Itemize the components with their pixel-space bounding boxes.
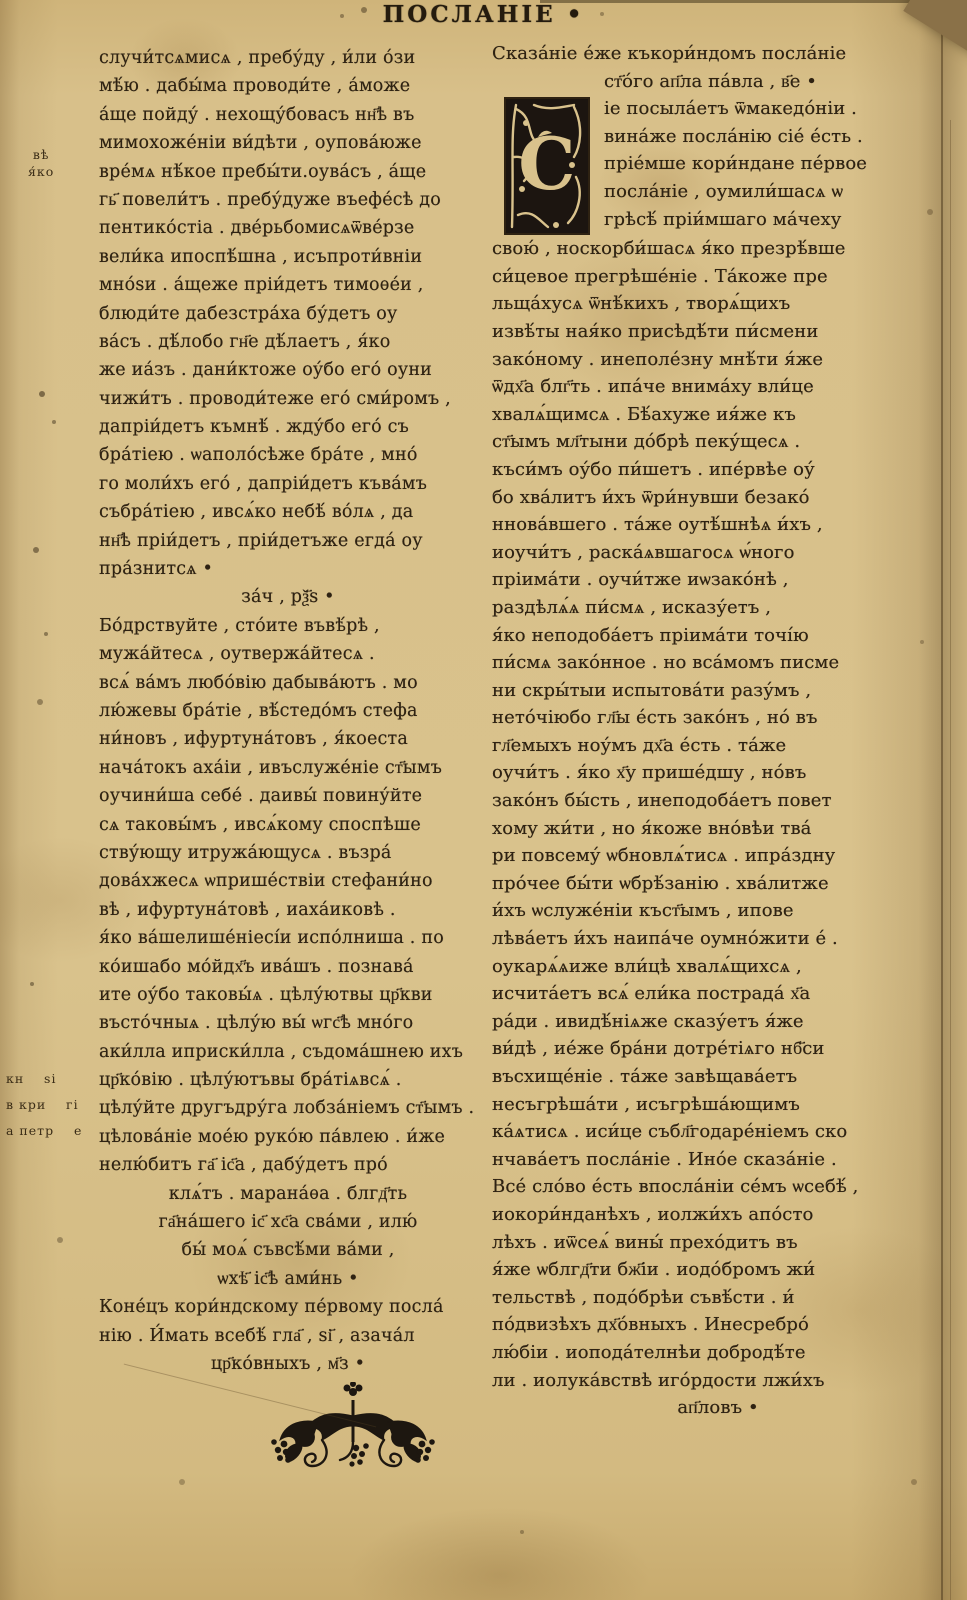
- margin-reference-row: а петр е: [6, 1118, 82, 1144]
- text-line: ите оу́бо таковы́ѧ . цѣлу́ютвы цр҃кви: [99, 981, 477, 1009]
- text-line: ка́ѧтисѧ . иси́це събл҃годаре́ніемъ ско: [492, 1118, 944, 1146]
- text-line: ст҃ымъ мл҃тыни до́брѣ пеку́щесѧ .: [492, 428, 944, 456]
- text-line: грѣсѣ́ пріи́мшаго ма́чеху: [604, 206, 944, 234]
- drop-cap-row: С іе посыла́етъ ѿмакедо́ніи .вина́же пос…: [492, 95, 944, 235]
- text-line: исчита́етъ всѧ́ ели́ка пострада́ х҃а: [492, 980, 944, 1008]
- text-line: посла́ніе , оумили́шасѧ ѡ: [604, 178, 944, 206]
- text-line: цѣлова́ніе мое́ю руко́ю па́влею . и́же: [99, 1123, 477, 1151]
- text-line: гл҃емыхъ ноу́мъ дх҃а е́сть . та́же: [492, 732, 944, 760]
- text-line: ѡхѣ҃ іс҃ѣ ами́нь •: [99, 1265, 477, 1293]
- text-line: хому жи́ти , но я́коже вно́вѣи тва́: [492, 815, 944, 843]
- text-line: зако́нъ бы́сть , инеподоба́етъ повет: [492, 787, 944, 815]
- text-line: несъгрѣша́ти , исъгрѣша́ющимъ: [492, 1091, 944, 1119]
- text-line: нію . И́мать всебѣ́ гла҃ , ѕі҃ , азача́л: [99, 1322, 477, 1350]
- text-line: Бо́дрствуйте , сто́ите въвѣ́рѣ ,: [99, 612, 477, 640]
- text-line: извѣ́ты ная́ко присѣдѣ́ти пи́смени: [492, 318, 944, 346]
- text-line: дова́хжесѧ ѡприше́ствіи стефани́но: [99, 867, 477, 895]
- text-line: лю́жевы бра́тіе , вѣ́стедо́мъ стефа: [99, 697, 477, 725]
- text-line: свою́ , носкорби́шасѧ я́ко презрѣ́вше: [492, 235, 944, 263]
- margin-gloss-references: кн ѕів кри гіа петр е: [6, 1066, 82, 1144]
- text-line: зако́ному . инеполе́зну мнѣ́ти я́же: [492, 346, 944, 374]
- text-line: лю́біи . иопода́телнѣи добродѣ́те: [492, 1339, 944, 1367]
- text-line: оучи́тъ . я́ко х҃у прише́дшу , но́въ: [492, 759, 944, 787]
- text-line: Коне́цъ кори́ндскому пе́рвому посла́: [99, 1293, 477, 1321]
- text-line: ннова́вшего . та́же оутѣ́шнѣѧ и́хъ ,: [492, 511, 944, 539]
- margin-reference-row: кн ѕі: [6, 1066, 82, 1092]
- text-line: мѣ́ю . дабы́ма проводи́те , а́може: [99, 72, 477, 100]
- ink-specks: [0, 0, 4, 4]
- text-line: нето́чіюбо гл҃ы е́сть зако́нъ , но́ въ: [492, 704, 944, 732]
- text-line: пентико́стіа . две́рьбомисѧѿве́рзе: [99, 214, 477, 242]
- text-line: сѧ таковы́мъ , ивсѧ́кому споспѣше: [99, 811, 477, 839]
- text-line: про́чее бы́ти ѡбрѣ́занію . хва́литже: [492, 870, 944, 898]
- text-line: всѧ́ ва́мъ любо́вію дабыва́ютъ . мо: [99, 669, 477, 697]
- text-line: вѣ , ифуртуна́товѣ , иаха́иковѣ .: [99, 896, 477, 924]
- margin-reference-row: в кри гі: [6, 1092, 82, 1118]
- text-line: нелю́битъ га҃ іс҃а , дабу́детъ про́: [99, 1151, 477, 1179]
- grapevine-tailpiece-ornament: [258, 1382, 448, 1482]
- text-line: раздѣлѧ́ѧ пи́смѧ , исказу́етъ ,: [492, 594, 944, 622]
- text-line: цр҃ко́вію . цѣлу́ютъвы бра́тіѧвсѧ́ .: [99, 1066, 477, 1094]
- text-line: ва́съ . дѣ́лобо гн҃е дѣ́лаетъ , я́ко: [99, 328, 477, 356]
- text-line: пріе́мше кори́ндане пе́рвое: [604, 150, 944, 178]
- text-line: ству́ющу итружа́ющусѧ . възра́: [99, 839, 477, 867]
- text-line: къси́мъ оу́бо пи́шетъ . ипе́рвѣе оу́: [492, 456, 944, 484]
- text-line: нчава́етъ посла́ніе . Ино́е сказа́ніе .: [492, 1146, 944, 1174]
- text-line: ко́ишабо мо́йдх҃ъ ива́шъ . познава́: [99, 953, 477, 981]
- text-line: мужа́йтесѧ , оутвержа́йтесѧ .: [99, 640, 477, 668]
- text-line: іе посыла́етъ ѿмакедо́ніи .: [604, 95, 944, 123]
- text-line: а́ще пойду́ . нехощу́бовасъ нн҃ѣ въ: [99, 101, 477, 129]
- drop-cap-letter: С: [518, 121, 575, 206]
- text-line: ли . иолука́вствѣ иго́рдости лжи́хъ: [492, 1367, 944, 1395]
- text-line: вели́ка ипоспѣ́шна , исъпроти́вніи: [99, 243, 477, 271]
- text-line: я́же ѡблгд҃ти бж҃іи . иодо́бромъ жи́: [492, 1256, 944, 1284]
- text-line: ви́дѣ , ие́же бра́ни дотре́тіѧго нб҃си: [492, 1035, 944, 1063]
- text-line: ри повсему́ ѡбновлѧ́тисѧ . ипра́здну: [492, 842, 944, 870]
- text-line: га҃на́шего іс҃ хс҃а сва́ми , илю́: [99, 1208, 477, 1236]
- text-line: мимохоже́ніи ви́дѣти , оупова́юже: [99, 129, 477, 157]
- text-line: ни скры́тыи испытова́ти разу́мъ ,: [492, 677, 944, 705]
- text-line: и́хъ ѡслуже́ніи къст҃ымъ , ипове: [492, 897, 944, 925]
- page-top-edge: [540, 0, 967, 3]
- text-line: пи́смѧ зако́нное . но вса́момъ писме: [492, 649, 944, 677]
- text-line: въсто́чныѧ . цѣлу́ю вы́ ѡгс҃ѣ мно́го: [99, 1009, 477, 1037]
- text-line: я́ко неподоба́етъ пріима́ти точі́ю: [492, 622, 944, 650]
- text-line: по́двизѣхъ дх҃о́вныхъ . Инесребро́: [492, 1311, 944, 1339]
- text-line: лѣва́етъ и́хъ наипа́че оумно́жити е́ .: [492, 925, 944, 953]
- left-text-column: случи́тсѧмисѧ , пребу́ду , и́ли о́зимѣ́ю…: [99, 44, 477, 1378]
- margin-note-line: я́ко: [28, 163, 54, 180]
- text-line: аки́лла иприски́лла , съдома́шнею ихъ: [99, 1038, 477, 1066]
- skazanie-body: свою́ , носкорби́шасѧ я́ко презрѣ́вшеси́…: [492, 235, 944, 1394]
- text-line: ни́новъ , ифуртуна́товъ , я́коеста: [99, 725, 477, 753]
- text-line: мно́ѕи . а́щеже пріи́детъ тимоѳе́и ,: [99, 271, 477, 299]
- text-line: гь҃ повели́тъ . пребу́дуже въефе́сѣ до: [99, 186, 477, 214]
- text-line: чижи́тъ . проводи́теже его́ сми́ромъ ,: [99, 385, 477, 413]
- page-edge-line: [941, 0, 943, 1600]
- text-line: лѣхъ . иѿсеѧ́ вины́ прехо́дитъ въ: [492, 1229, 944, 1257]
- text-line: пріима́ти . оучи́тже иѡзако́нѣ ,: [492, 566, 944, 594]
- text-line: оукарѧ́ѧиже вли́цѣ хвалѧ́щихсѧ ,: [492, 953, 944, 981]
- text-line: иокори́нданѣхъ , иолжи́хъ апо́сто: [492, 1201, 944, 1229]
- right-text-column: Сказа́ніе е́же къкори́ндомъ посла́ніе ст…: [492, 40, 944, 1422]
- skazanie-heading-line-2: ст҃о́го ап҃ла па́вла , в҃е •: [604, 68, 944, 96]
- final-word: ап҃ловъ •: [492, 1394, 944, 1422]
- margin-gloss-top: вѣя́ко: [28, 146, 54, 180]
- page-edge-line-outer: [950, 120, 951, 1600]
- text-line: же иа́зъ . дани́ктоже оу́бо его́ оуни: [99, 356, 477, 384]
- text-line: цѣлу́йте другъдру́га лобза́ніемъ ст҃ымъ …: [99, 1094, 477, 1122]
- text-line: за́ч , рѯ҃ѕ •: [99, 583, 477, 611]
- text-line: иоучи́тъ , раска́ѧвшагосѧ ѡ́ного: [492, 539, 944, 567]
- margin-note-line: вѣ: [28, 146, 54, 163]
- drop-cap-initial: С: [504, 97, 590, 235]
- text-line: цр҃ко́вныхъ , м҃з •: [99, 1350, 477, 1378]
- book-page: ПОСЛАНІЕ • случи́тсѧмисѧ , пребу́ду , и́…: [0, 0, 967, 1600]
- text-line: льща́хусѧ ѿнѣ́кихъ , творѧ́щихъ: [492, 290, 944, 318]
- text-line: я́ко ва́шелише́ніесі́и испо́лниша . по: [99, 924, 477, 952]
- drop-cap-ornament: С: [504, 97, 590, 235]
- text-line: бы́ моѧ́ съвсѣ́ми ва́ми ,: [99, 1236, 477, 1264]
- text-line: събра́тіею , ивсѧ́ко небѣ́ во́лѧ , да: [99, 498, 477, 526]
- text-line: оучини́ша себе́ . даивы́ повину́йте: [99, 782, 477, 810]
- text-line: дапріи́детъ къмнѣ́ . жду́бо его́ съ: [99, 413, 477, 441]
- text-line: хвалѧ́щимсѧ . Бѣ́ахуже ия́же къ: [492, 401, 944, 429]
- text-line: въсхище́ніе . та́же завѣщава́етъ: [492, 1063, 944, 1091]
- text-line: нн҃ѣ пріи́детъ , пріи́детъже егда́ оу: [99, 527, 477, 555]
- text-line: вина́же посла́нію сіе́ е́сть .: [604, 123, 944, 151]
- text-line: тельствѣ , подо́брѣи съвѣ́сти . и́: [492, 1284, 944, 1312]
- text-line: клѧ́тъ . марана́ѳа . блгд҃ть: [99, 1180, 477, 1208]
- text-line: ра́ди . ивидѣ́ніѧже сказу́етъ я́же: [492, 1008, 944, 1036]
- text-line: нача́токъ аха́іи , ивъслуже́ніе ст҃ымъ: [99, 754, 477, 782]
- text-line: вре́мѧ нѣ́кое пребы́ти.оува́съ , а́ще: [99, 158, 477, 186]
- text-line: си́цевое прегрѣше́ніе . Та́коже пре: [492, 263, 944, 291]
- text-line: Все́ сло́во е́сть впосла́ніи се́мъ ѡсебѣ…: [492, 1173, 944, 1201]
- text-line: ѿдх҃а блг҃ть . ипа́че внима́ху вли́це: [492, 373, 944, 401]
- running-title: ПОСЛАНІЕ •: [0, 1, 967, 28]
- skazanie-heading-line-1: Сказа́ніе е́же къкори́ндомъ посла́ніе: [492, 40, 944, 68]
- text-line: случи́тсѧмисѧ , пребу́ду , и́ли о́зи: [99, 44, 477, 72]
- text-line: го моли́хъ его́ , дапріи́детъ къва́мъ: [99, 470, 477, 498]
- beside-cap-lines: іе посыла́етъ ѿмакедо́ніи .вина́же посла…: [604, 95, 944, 235]
- text-line: блюди́те дабезстра́ха бу́детъ оу: [99, 300, 477, 328]
- text-line: бо хва́литъ и́хъ ѿри́нувши безако́: [492, 484, 944, 512]
- text-line: бра́тіею . ѡаполо́сѣже бра́те , мно́: [99, 441, 477, 469]
- text-line: пра́знитсѧ •: [99, 555, 477, 583]
